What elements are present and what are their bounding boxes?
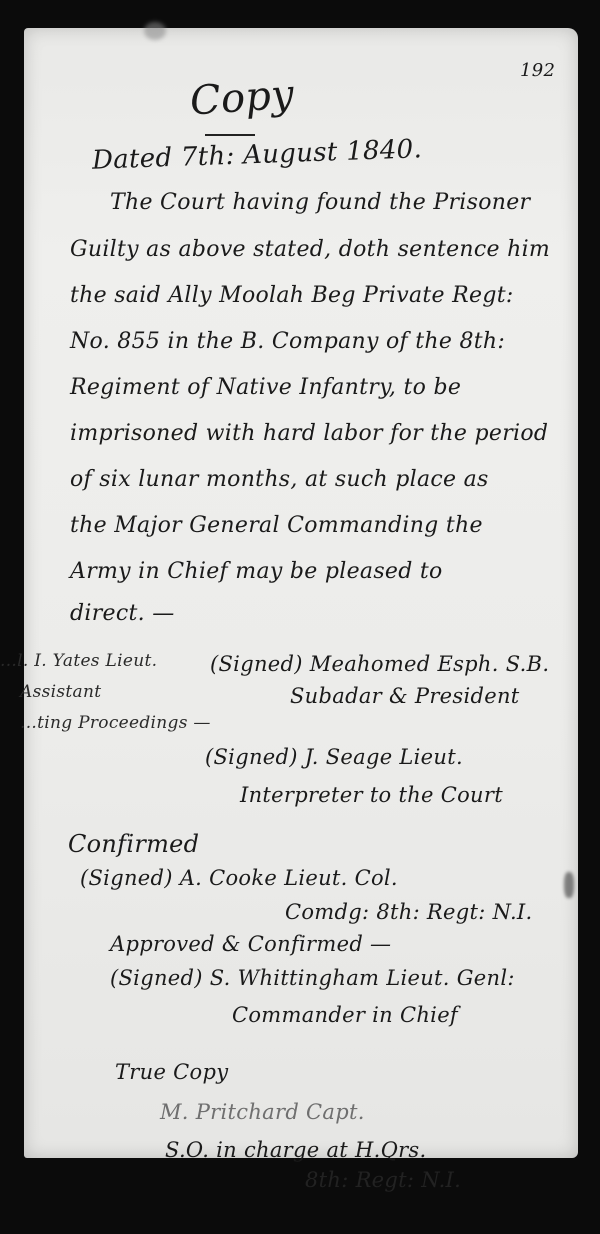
- body-line: The Court having found the Prisoner: [110, 190, 530, 215]
- body-line: Army in Chief may be pleased to: [70, 559, 443, 584]
- confirmed-title: Comdg: 8th: Regt: N.I.: [285, 900, 533, 924]
- approved-title: Commander in Chief: [232, 1003, 458, 1027]
- interpreter-signature: (Signed) J. Seage Lieut.: [205, 745, 463, 769]
- document-heading: Copy: [189, 71, 296, 124]
- heading-underline: [205, 134, 255, 136]
- page-number: 192: [520, 60, 555, 81]
- president-title: Subadar & President: [290, 684, 520, 708]
- body-line: imprisoned with hard labor for the perio…: [70, 421, 548, 446]
- margin-note-line: ...ting Proceedings —: [20, 713, 211, 733]
- interpreter-title: Interpreter to the Court: [240, 783, 503, 807]
- body-line: Guilty as above stated, doth sentence hi…: [70, 237, 550, 262]
- margin-note-line: Assistant: [20, 682, 101, 702]
- body-line: No. 855 in the B. Company of the 8th:: [70, 329, 505, 354]
- true-copy-title: S.O. in charge at H.Qrs.: [165, 1138, 427, 1162]
- confirmed-label: Confirmed: [68, 830, 199, 858]
- body-line: direct. —: [70, 601, 175, 626]
- president-signature: (Signed) Meahomed Esph. S.B.: [210, 652, 549, 676]
- true-copy-label: True Copy: [115, 1060, 228, 1084]
- approved-label: Approved & Confirmed —: [110, 932, 391, 956]
- true-copy-regiment: 8th: Regt: N.I.: [305, 1168, 461, 1192]
- body-line: Regiment of Native Infantry, to be: [70, 375, 461, 400]
- margin-note-line: ...l. I. Yates Lieut.: [0, 651, 157, 671]
- body-line: the Major General Commanding the: [70, 513, 483, 538]
- true-copy-signature: M. Pritchard Capt.: [160, 1100, 365, 1124]
- body-line: the said Ally Moolah Beg Private Regt:: [70, 283, 514, 308]
- approved-signature: (Signed) S. Whittingham Lieut. Genl:: [110, 966, 515, 990]
- body-line: of six lunar months, at such place as: [70, 467, 489, 492]
- confirmed-signature: (Signed) A. Cooke Lieut. Col.: [80, 866, 398, 890]
